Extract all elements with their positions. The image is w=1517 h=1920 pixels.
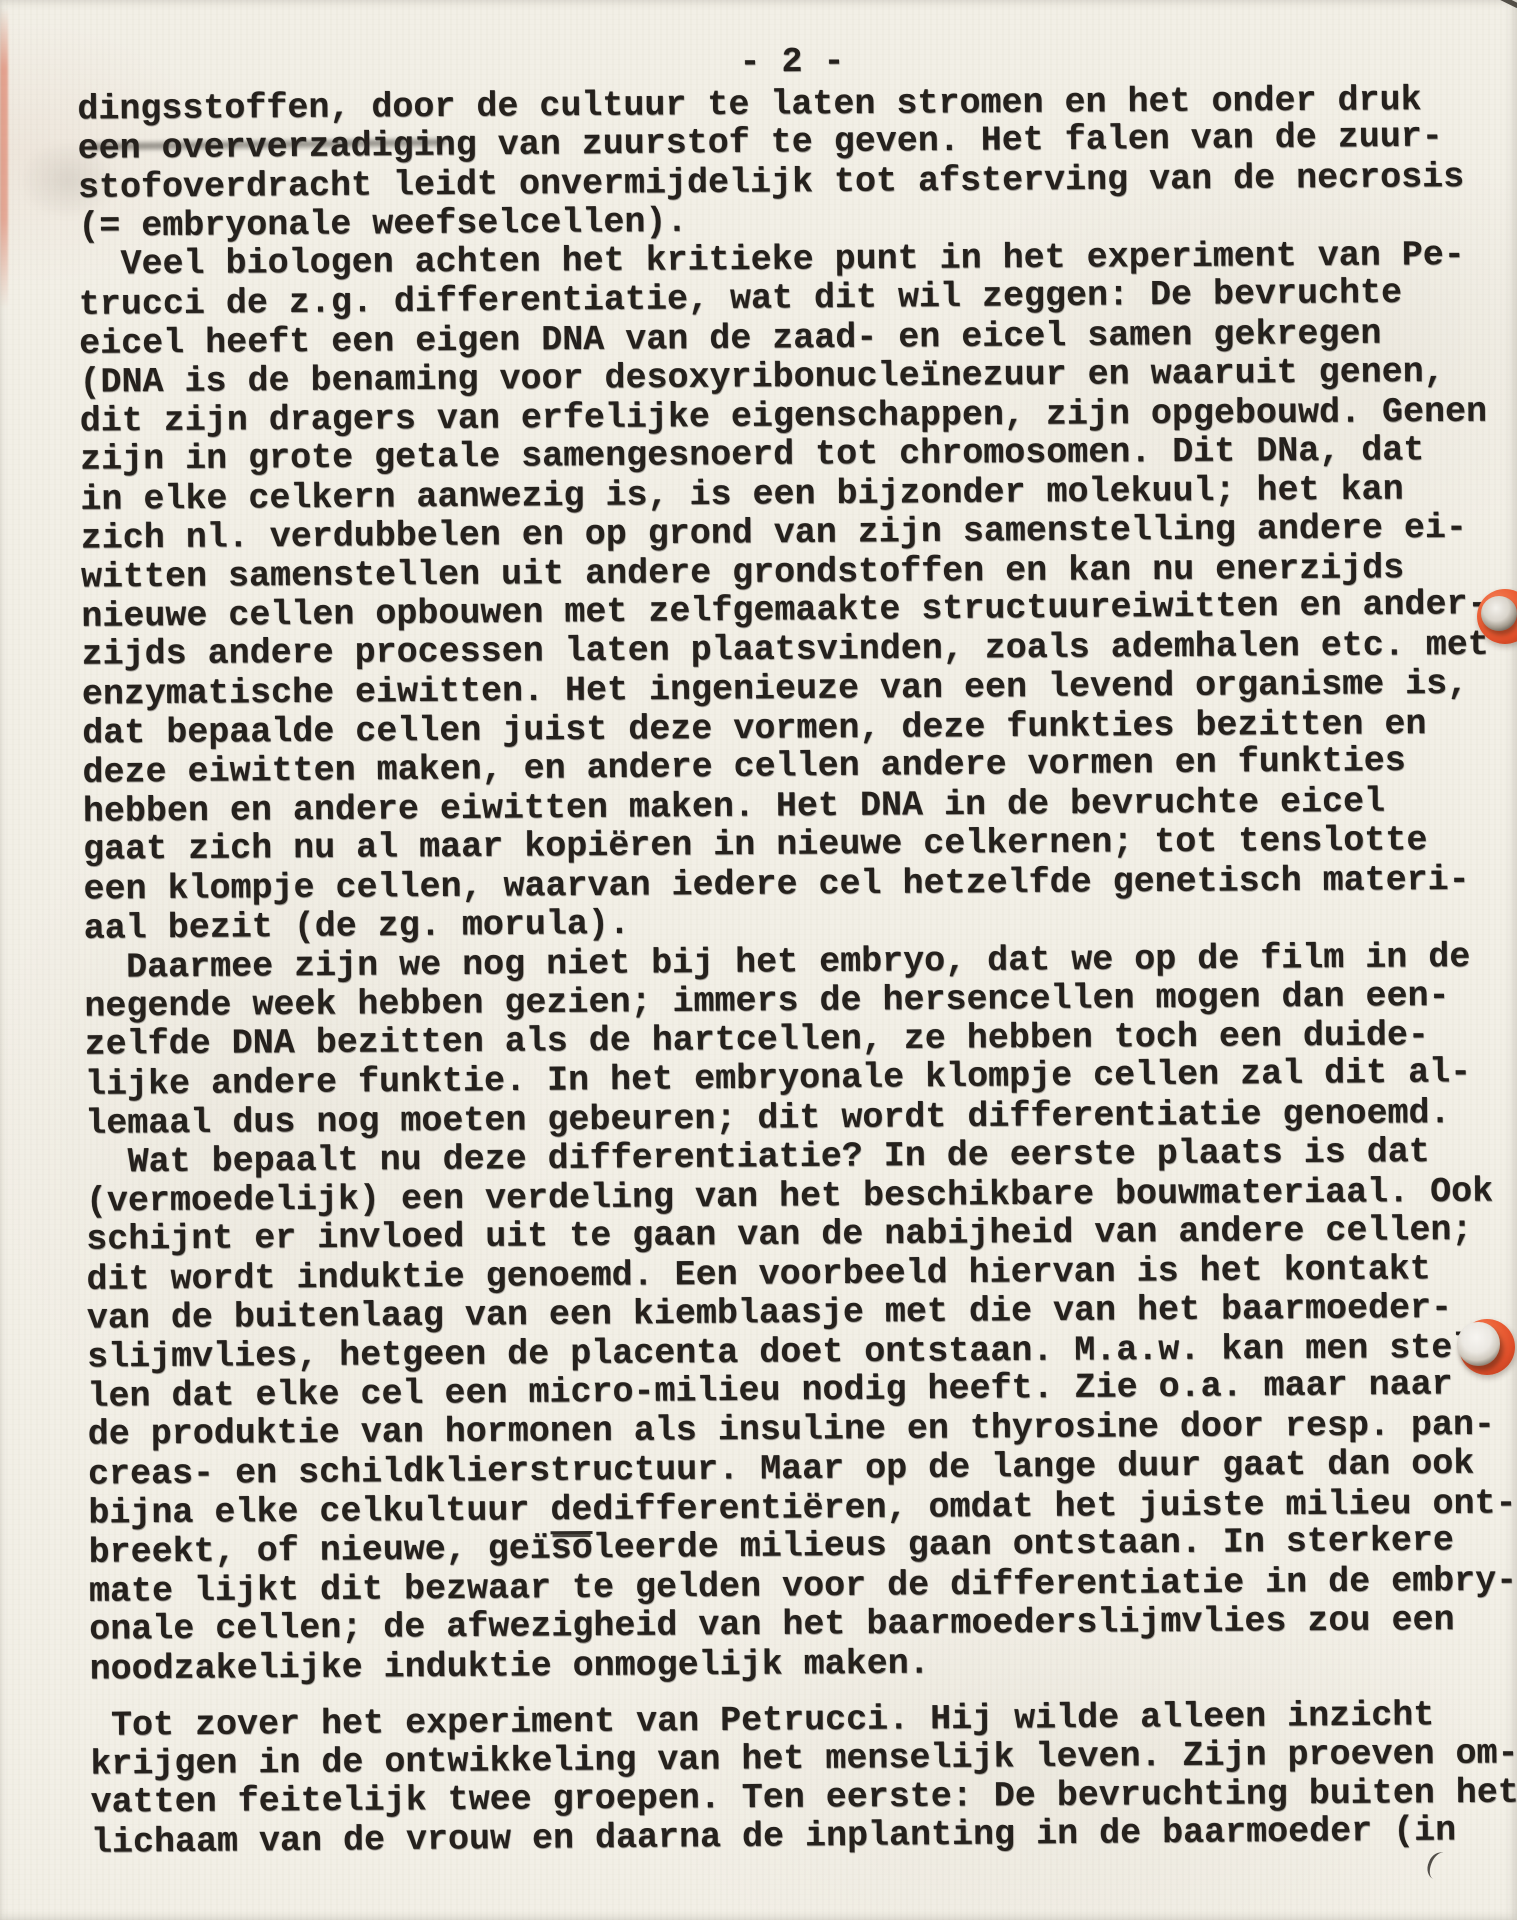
red-paper-fastener-icon — [1459, 1319, 1515, 1375]
fastener-cap — [1481, 596, 1517, 631]
left-edge-pink-mark — [0, 8, 8, 308]
bottom-right-scan-mark — [1424, 1849, 1454, 1883]
typed-text-block: - 2 - dingsstoffen, door de cultuur te l… — [77, 36, 1517, 1862]
document-page: - 2 - dingsstoffen, door de cultuur te l… — [0, 0, 1517, 1920]
top-right-scan-mark — [1494, 0, 1517, 8]
body-text: dingsstoffen, door de cultuur te laten s… — [77, 79, 1517, 1862]
fastener-cap — [1457, 1322, 1500, 1366]
